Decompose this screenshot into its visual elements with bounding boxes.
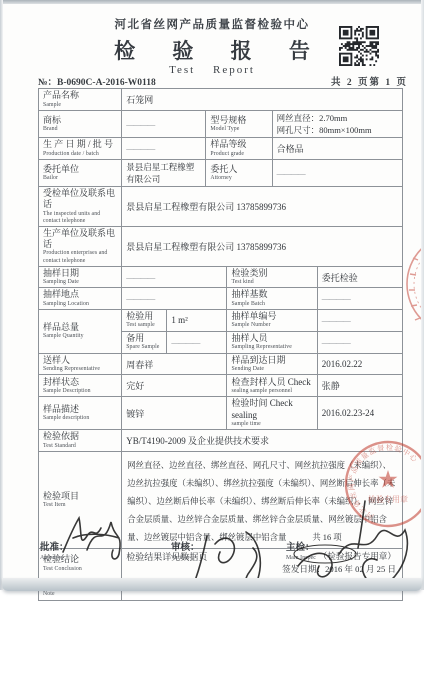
main-inspector-label-en: Main Inspec xyxy=(286,555,316,562)
label-test-kind: 检验类别Test kind xyxy=(227,266,317,287)
test-items-count: 共 16 项 xyxy=(312,533,341,542)
value-production-unit: 景县启星工程橡塑有限公司 13785899736 xyxy=(122,226,403,266)
value-product-grade: 合格品 xyxy=(272,138,402,160)
value-inspected-unit: 景县启星工程橡塑有限公司 13785899736 xyxy=(122,187,403,227)
value-model-type: 网丝直径：2.70mm网孔尺寸：80mm×100mm xyxy=(272,111,402,138)
row-bailor: 委托单位Bailor 景县启星工程橡塑有限公司 委托人Attorney ———— xyxy=(39,160,403,187)
label-sampling-location: 抽样地点Sampling Location xyxy=(39,288,122,309)
value-sampling-date: ———— xyxy=(122,266,227,287)
main-inspector-label: 主检： xyxy=(286,543,315,553)
label-sample-quantity: 样品总量Sample Quantity xyxy=(39,309,122,353)
row-inspected-unit: 受检单位及联系电话The inspected units and contact… xyxy=(39,187,403,227)
row-production-unit: 生产单位及联系电话Production enterprises and cont… xyxy=(39,226,403,266)
report-number: B-0690C-A-2016-W0118 xyxy=(57,78,156,88)
label-model-type: 型号规格Model Type xyxy=(206,111,272,138)
label-arrival-date: 样品到达日期Sending Date xyxy=(227,353,317,374)
value-production-date: ———— xyxy=(122,138,206,160)
page-count: 共 2 页第 1 页 xyxy=(331,74,408,88)
row-brand-model: 商标Brand ———— 型号规格Model Type 网丝直径：2.70mm网… xyxy=(39,111,403,138)
value-conclusion: 检验结果详见数据页 （检验报告专用章） 签发日期：2016 年 02 月 25 … xyxy=(122,549,403,579)
row-product-name: 产品名称Sample 石笼网 xyxy=(39,89,403,111)
value-sample-number: ———— xyxy=(317,309,402,331)
value-attorney: ———— xyxy=(272,160,402,187)
label-sampling-representative: 抽样人员Sampling Representative xyxy=(227,331,317,353)
label-seal-status: 封样状态Sample Description xyxy=(39,375,122,397)
inspection-table: 产品名称Sample 石笼网 商标Brand ———— 型号规格Model Ty… xyxy=(38,88,403,601)
approver-label-en: Approver xyxy=(40,555,69,562)
row-sampling-location: 抽样地点Sampling Location ———— 抽样基数Sample Ba… xyxy=(39,288,403,309)
report-number-label: №： xyxy=(38,78,57,88)
label-production-unit: 生产单位及联系电话Production enterprises and cont… xyxy=(39,226,122,266)
value-seal-status: 完好 xyxy=(122,375,227,397)
value-sample-batch: ———— xyxy=(317,288,402,309)
label-sample-description: 样品描述Sample description xyxy=(39,397,122,430)
label-spare-sample: 备用Spare Sample xyxy=(122,331,167,353)
label-product-name: 产品名称Sample xyxy=(39,89,122,111)
row-conclusion: 检验结论Test Conclusion 检验结果详见数据页 （检验报告专用章） … xyxy=(39,549,403,579)
approver-label: 批准： xyxy=(40,543,69,553)
label-test-time: 检验时间 Check sealingsample time xyxy=(227,397,317,430)
row-production-date: 生 产 日 期 / 批 号Production date / batch ———… xyxy=(39,138,403,160)
label-production-date: 生 产 日 期 / 批 号Production date / batch xyxy=(39,138,122,160)
value-sample-description: 镀锌 xyxy=(122,397,227,430)
label-product-grade: 样品等级Product grade xyxy=(206,138,272,160)
value-test-kind: 委托检验 xyxy=(317,266,402,287)
label-attorney: 委托人Attorney xyxy=(206,160,272,187)
main-inspector-block: 主检： Main Inspec xyxy=(286,539,316,562)
issue-date: 签发日期：2016 年 02 月 25 日 xyxy=(282,563,396,576)
label-test-items: 检验项目Test Item xyxy=(39,452,122,549)
label-sender: 送样人Sending Representative xyxy=(39,353,122,374)
row-sample-description: 样品描述Sample description 镀锌 检验时间 Check sea… xyxy=(39,397,403,430)
label-test-standard: 检验依据Test Standard xyxy=(39,430,122,452)
row-seal-status: 封样状态Sample Description 完好 检查封样人员 Checkse… xyxy=(39,375,403,397)
label-sample-batch: 抽样基数Sample Batch xyxy=(227,288,317,309)
row-test-items: 检验项目Test Item 网丝直径、边丝直径、绑丝直径、网孔尺寸、网丝抗拉强度… xyxy=(39,452,403,549)
value-product-name: 石笼网 xyxy=(122,89,403,111)
value-test-sample: 1 m² xyxy=(167,309,227,331)
report-number-line: №：B-0690C-A-2016-W0118 共 2 页第 1 页 xyxy=(38,74,408,88)
value-test-standard: YB/T4190-2009 及企业提供技术要求 xyxy=(122,430,403,452)
row-sampling-date: 抽样日期Sampling Date ———— 检验类别Test kind 委托检… xyxy=(39,266,403,287)
scan-edge-bottom xyxy=(2,578,422,591)
edge-stamp xyxy=(395,226,421,344)
value-test-items: 网丝直径、边丝直径、绑丝直径、网孔尺寸、网丝抗拉强度（未编织）、边丝抗拉强度（未… xyxy=(122,452,403,549)
verifier-label: 审核： xyxy=(171,543,200,553)
value-arrival-date: 2016.02.22 xyxy=(317,353,402,374)
verifier-label-en: Verifier xyxy=(171,555,200,562)
value-sampling-representative: ———— xyxy=(317,331,402,353)
row-test-standard: 检验依据Test Standard YB/T4190-2009 及企业提供技术要… xyxy=(39,430,403,452)
verifier-block: 审核： Verifier xyxy=(171,539,200,562)
value-spare-sample: ———— xyxy=(167,331,227,353)
label-brand: 商标Brand xyxy=(39,111,122,138)
value-brand: ———— xyxy=(122,111,206,138)
value-seal-checker: 张静 xyxy=(317,375,402,397)
label-sample-number: 抽样单编号Sample Number xyxy=(227,309,317,331)
value-bailor: 景县启星工程橡塑有限公司 xyxy=(122,160,206,187)
approver-block: 批准： Approver xyxy=(40,539,69,562)
label-test-sample: 检验用Test sample xyxy=(122,309,167,331)
row-sample-quantity-a: 样品总量Sample Quantity 检验用Test sample 1 m² … xyxy=(39,309,403,331)
value-sender: 周春祥 xyxy=(122,353,227,374)
label-inspected-unit: 受检单位及联系电话The inspected units and contact… xyxy=(39,187,122,227)
value-test-time: 2016.02.23-24 xyxy=(317,397,402,430)
value-sampling-location: ———— xyxy=(122,288,227,309)
label-sampling-date: 抽样日期Sampling Date xyxy=(39,266,122,287)
label-seal-checker: 检查封样人员 Checksealing sample personnel xyxy=(227,375,317,397)
report-page: 河北省丝网产品质量监督检验中心 检 验 报 告 Test Report №：B-… xyxy=(3,4,421,578)
label-bailor: 委托单位Bailor xyxy=(39,160,122,187)
row-sender: 送样人Sending Representative 周春祥 样品到达日期Send… xyxy=(39,353,403,374)
qr-code-icon xyxy=(339,26,379,66)
